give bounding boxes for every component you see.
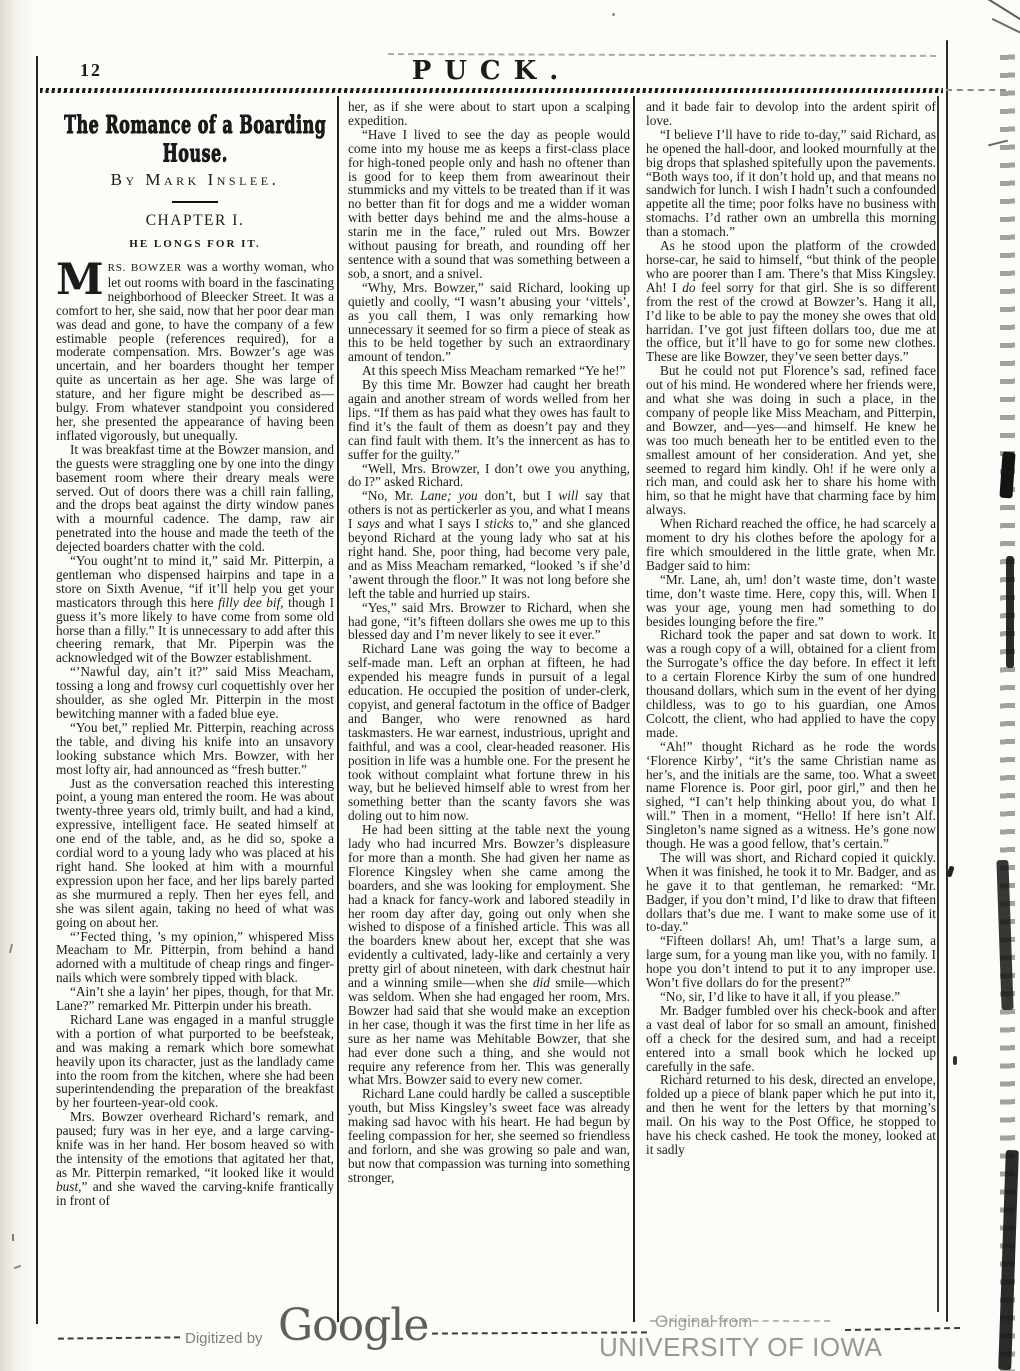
digitized-by-label: Digitized by — [185, 1330, 263, 1347]
column-1-text: MRS. BOWZER was a worthy woman, who let … — [56, 260, 334, 1208]
paragraph: Mrs. Bowzer overheard Richard’s remark, … — [56, 1110, 334, 1207]
paragraph: “’Nawful day, ain’t it?” said Miss Meach… — [56, 665, 334, 721]
paragraph: As he stood upon the platform of the cro… — [646, 239, 936, 364]
page-border-right-inner — [937, 96, 939, 1312]
column-3: and it bade fair to devolop into the ard… — [646, 100, 936, 1326]
title-rule — [172, 201, 218, 203]
paragraph: “Why, Mrs. Bowzer,” said Richard, lookin… — [348, 281, 630, 364]
paragraph: Richard took the paper and sat down to w… — [646, 628, 936, 739]
paragraph: “Well, Mrs. Browzer, I don’t owe you any… — [348, 462, 630, 490]
paragraph: Richard returned to his desk, directed a… — [646, 1073, 936, 1156]
scan-artifact — [1006, 556, 1014, 668]
italic-run: says — [357, 516, 380, 531]
scan-artifact — [650, 1320, 830, 1322]
paragraph: It was breakfast time at the Bowzer mans… — [56, 443, 334, 554]
scan-artifact — [612, 13, 615, 16]
paragraph: “You ought’nt to mind it,” said Mr. Pitt… — [56, 554, 334, 665]
institution-label: UNIVERSITY OF IOWA — [599, 1332, 882, 1363]
magazine-masthead: PUCK. — [40, 56, 943, 86]
paragraph: “Ain’t she a layin’ her pipes, though, f… — [56, 985, 334, 1013]
paragraph: He had been sitting at the table next th… — [348, 823, 630, 1087]
column-rule — [337, 96, 339, 1322]
scan-artifact — [992, 18, 1020, 40]
paragraph: “I believe I’ll have to ride to-day,” sa… — [646, 128, 936, 239]
paragraph: Richard Lane was going the way to become… — [348, 642, 630, 823]
scan-artifact — [946, 89, 1006, 91]
paragraph: But he could not put Florence’s sad, ref… — [646, 364, 936, 517]
column-rule — [633, 96, 635, 1322]
paragraph: At this speech Miss Meacham remarked “Ye… — [348, 364, 630, 378]
paragraph: Richard Lane could hardly be called a su… — [348, 1087, 630, 1184]
scanned-magazine-page: 12 PUCK. The Romance of a Boarding House… — [0, 0, 1020, 1371]
paragraph: her, as if she were about to start upon … — [348, 100, 630, 128]
paragraph: “Have I lived to see the day as people w… — [348, 128, 630, 281]
scan-artifact — [58, 1336, 180, 1339]
paragraph: Richard Lane was engaged in a manful str… — [56, 1013, 334, 1110]
small-caps-run: RS. BOWZER — [108, 262, 183, 274]
paragraph: When Richard reached the office, he had … — [646, 517, 936, 573]
italic-run: do — [682, 280, 695, 295]
italic-run: filly dee bif — [218, 595, 280, 610]
header-rule — [40, 88, 943, 93]
article-heading: The Romance of a Boarding House. By Mark… — [56, 110, 334, 250]
paragraph: “Yes,” said Mrs. Browzer to Richard, whe… — [348, 601, 630, 643]
paragraph: “’Fected thing, ’s my opinion,” whispere… — [56, 930, 334, 986]
scan-edge-shadow — [0, 0, 36, 1371]
paragraph: The will was short, and Richard copied i… — [646, 851, 936, 934]
italic-run: Lane; you — [420, 488, 477, 503]
paragraph: “Ah!” thought Richard as he rode the wor… — [646, 740, 936, 851]
scan-artifact — [845, 1327, 960, 1331]
column-2-text: her, as if she were about to start upon … — [348, 100, 630, 1185]
paragraph: MRS. BOWZER was a worthy woman, who let … — [56, 260, 334, 443]
paragraph: By this time Mr. Bowzer had caught her b… — [348, 378, 630, 461]
chapter-subtitle: HE LONGS FOR IT. — [56, 238, 334, 250]
paragraph: Mr. Badger fumbled over his check-book a… — [646, 1004, 936, 1074]
google-logo: Google — [278, 1300, 428, 1351]
italic-run: bust — [56, 1179, 78, 1194]
paragraph: “Fifteen dollars! Ah, um! That’s a large… — [646, 934, 936, 990]
page-border-left — [36, 56, 38, 1324]
paragraph: “No, sir, I’d like to have it all, if yo… — [646, 990, 936, 1004]
italic-run: did — [533, 975, 550, 990]
scan-artifact — [985, 0, 1020, 21]
article-byline: By Mark Inslee. — [56, 170, 334, 190]
chapter-heading: CHAPTER I. — [56, 212, 334, 230]
drop-cap: M — [56, 260, 108, 299]
article-title: The Romance of a Boarding House. — [56, 110, 334, 167]
original-from-label: Original from — [655, 1312, 752, 1332]
scan-artifact — [12, 1234, 14, 1241]
italic-run: sticks — [484, 516, 514, 531]
column-1: The Romance of a Boarding House. By Mark… — [56, 100, 334, 1326]
page-border-right-outer — [946, 40, 948, 1322]
column-3-text: and it bade fair to devolop into the ard… — [646, 100, 936, 1157]
paragraph: “No, Mr. Lane; you don’t, but I will say… — [348, 489, 630, 600]
paragraph: Just as the conversation reached this in… — [56, 777, 334, 930]
paragraph: “Mr. Lane, ah, um! don’t waste time, don… — [646, 573, 936, 629]
scan-artifact — [953, 1056, 957, 1065]
italic-run: will — [558, 488, 578, 503]
paragraph: and it bade fair to devolop into the ard… — [646, 100, 936, 128]
column-2: her, as if she were about to start upon … — [348, 100, 630, 1326]
paragraph: “You bet,” replied Mr. Pitterpin, reachi… — [56, 721, 334, 777]
